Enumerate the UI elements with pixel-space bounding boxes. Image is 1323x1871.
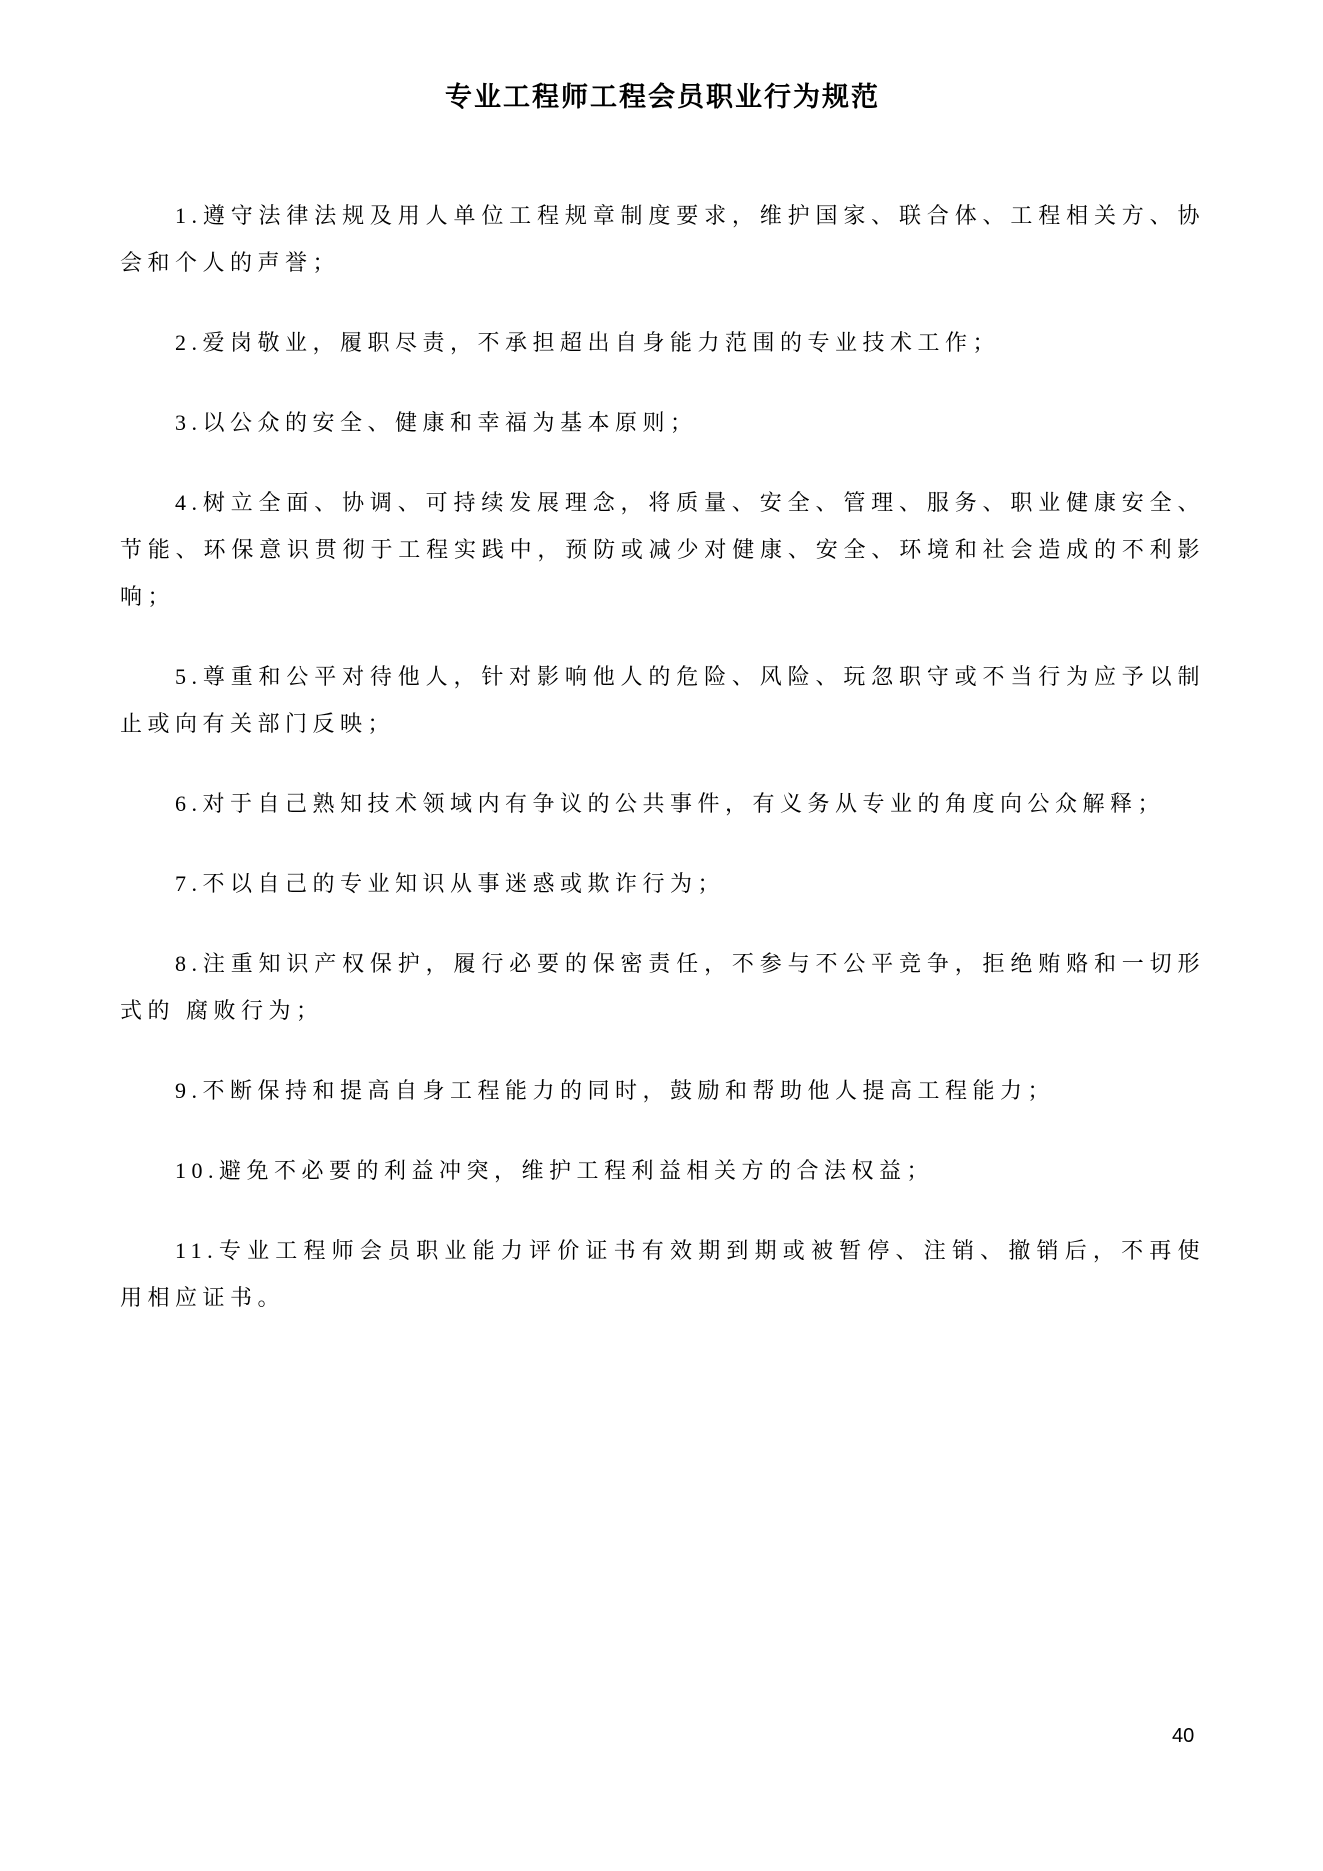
document-page: 专业工程师工程会员职业行为规范 1.遵守法律法规及用人单位工程规章制度要求，维护… [0,0,1323,1871]
conduct-item: 9.不断保持和提高自身工程能力的同时，鼓励和帮助他人提高工程能力； [120,1067,1205,1114]
conduct-item: 3.以公众的安全、健康和幸福为基本原则； [120,399,1205,446]
conduct-item: 1.遵守法律法规及用人单位工程规章制度要求，维护国家、联合体、工程相关方、协会和… [120,192,1205,286]
conduct-item: 7.不以自己的专业知识从事迷惑或欺诈行为； [120,860,1205,907]
conduct-item: 4.树立全面、协调、可持续发展理念，将质量、安全、管理、服务、职业健康安全、节能… [120,479,1205,620]
conduct-item: 2.爱岗敬业，履职尽责，不承担超出自身能力范围的专业技术工作； [120,319,1205,366]
conduct-item: 6.对于自己熟知技术领域内有争议的公共事件，有义务从专业的角度向公众解释； [120,780,1205,827]
conduct-item: 10.避免不必要的利益冲突，维护工程利益相关方的合法权益； [120,1147,1205,1194]
page-number: 40 [1172,1724,1194,1748]
conduct-item: 5.尊重和公平对待他人，针对影响他人的危险、风险、玩忽职守或不当行为应予以制止或… [120,653,1205,747]
items-list: 1.遵守法律法规及用人单位工程规章制度要求，维护国家、联合体、工程相关方、协会和… [120,192,1205,1321]
document-title: 专业工程师工程会员职业行为规范 [120,80,1205,114]
document-content: 专业工程师工程会员职业行为规范 1.遵守法律法规及用人单位工程规章制度要求，维护… [120,80,1205,1354]
conduct-item: 8.注重知识产权保护，履行必要的保密责任，不参与不公平竞争，拒绝贿赂和一切形式的… [120,940,1205,1034]
conduct-item: 11.专业工程师会员职业能力评价证书有效期到期或被暂停、注销、撤销后，不再使用相… [120,1227,1205,1321]
